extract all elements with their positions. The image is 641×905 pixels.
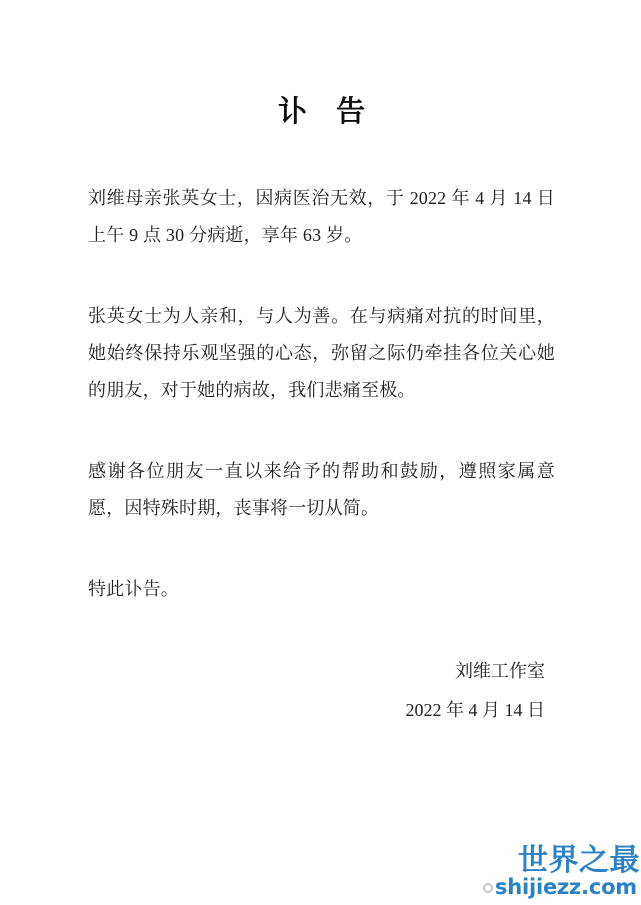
paragraph-tribute: 张英女士为人亲和，与人为善。在与病痛对抗的时间里，她始终保持乐观坚强的心态，弥留…: [88, 298, 555, 409]
paragraph-thanks-and-arrangements: 感谢各位朋友一直以来给予的帮助和鼓励，遵照家属意愿，因特殊时期，丧事将一切从简。: [88, 453, 555, 527]
paragraph-closing-statement: 特此讣告。: [88, 571, 555, 608]
obituary-page: 讣 告 刘维母亲张英女士，因病医治无效，于 2022 年 4 月 14 日上午 …: [0, 0, 641, 905]
watermark-url-row: shijiezz.com: [483, 877, 641, 898]
sign-off-date: 2022 年 4 月 14 日: [88, 690, 545, 730]
site-watermark: 世界之最 shijiezz.com: [483, 846, 641, 898]
document-body: 刘维母亲张英女士，因病医治无效，于 2022 年 4 月 14 日上午 9 点 …: [88, 180, 555, 608]
signature: 刘维工作室: [88, 652, 545, 690]
watermark-site-name: 世界之最: [483, 846, 641, 876]
globe-circle-icon: [483, 883, 493, 893]
document-content: 讣 告 刘维母亲张英女士，因病医治无效，于 2022 年 4 月 14 日上午 …: [0, 94, 641, 730]
watermark-site-url: shijiezz.com: [495, 877, 637, 898]
sign-off-block: 刘维工作室 2022 年 4 月 14 日: [88, 652, 555, 730]
paragraph-death-announcement: 刘维母亲张英女士，因病医治无效，于 2022 年 4 月 14 日上午 9 点 …: [88, 180, 555, 254]
page-title: 讣 告: [88, 94, 555, 130]
